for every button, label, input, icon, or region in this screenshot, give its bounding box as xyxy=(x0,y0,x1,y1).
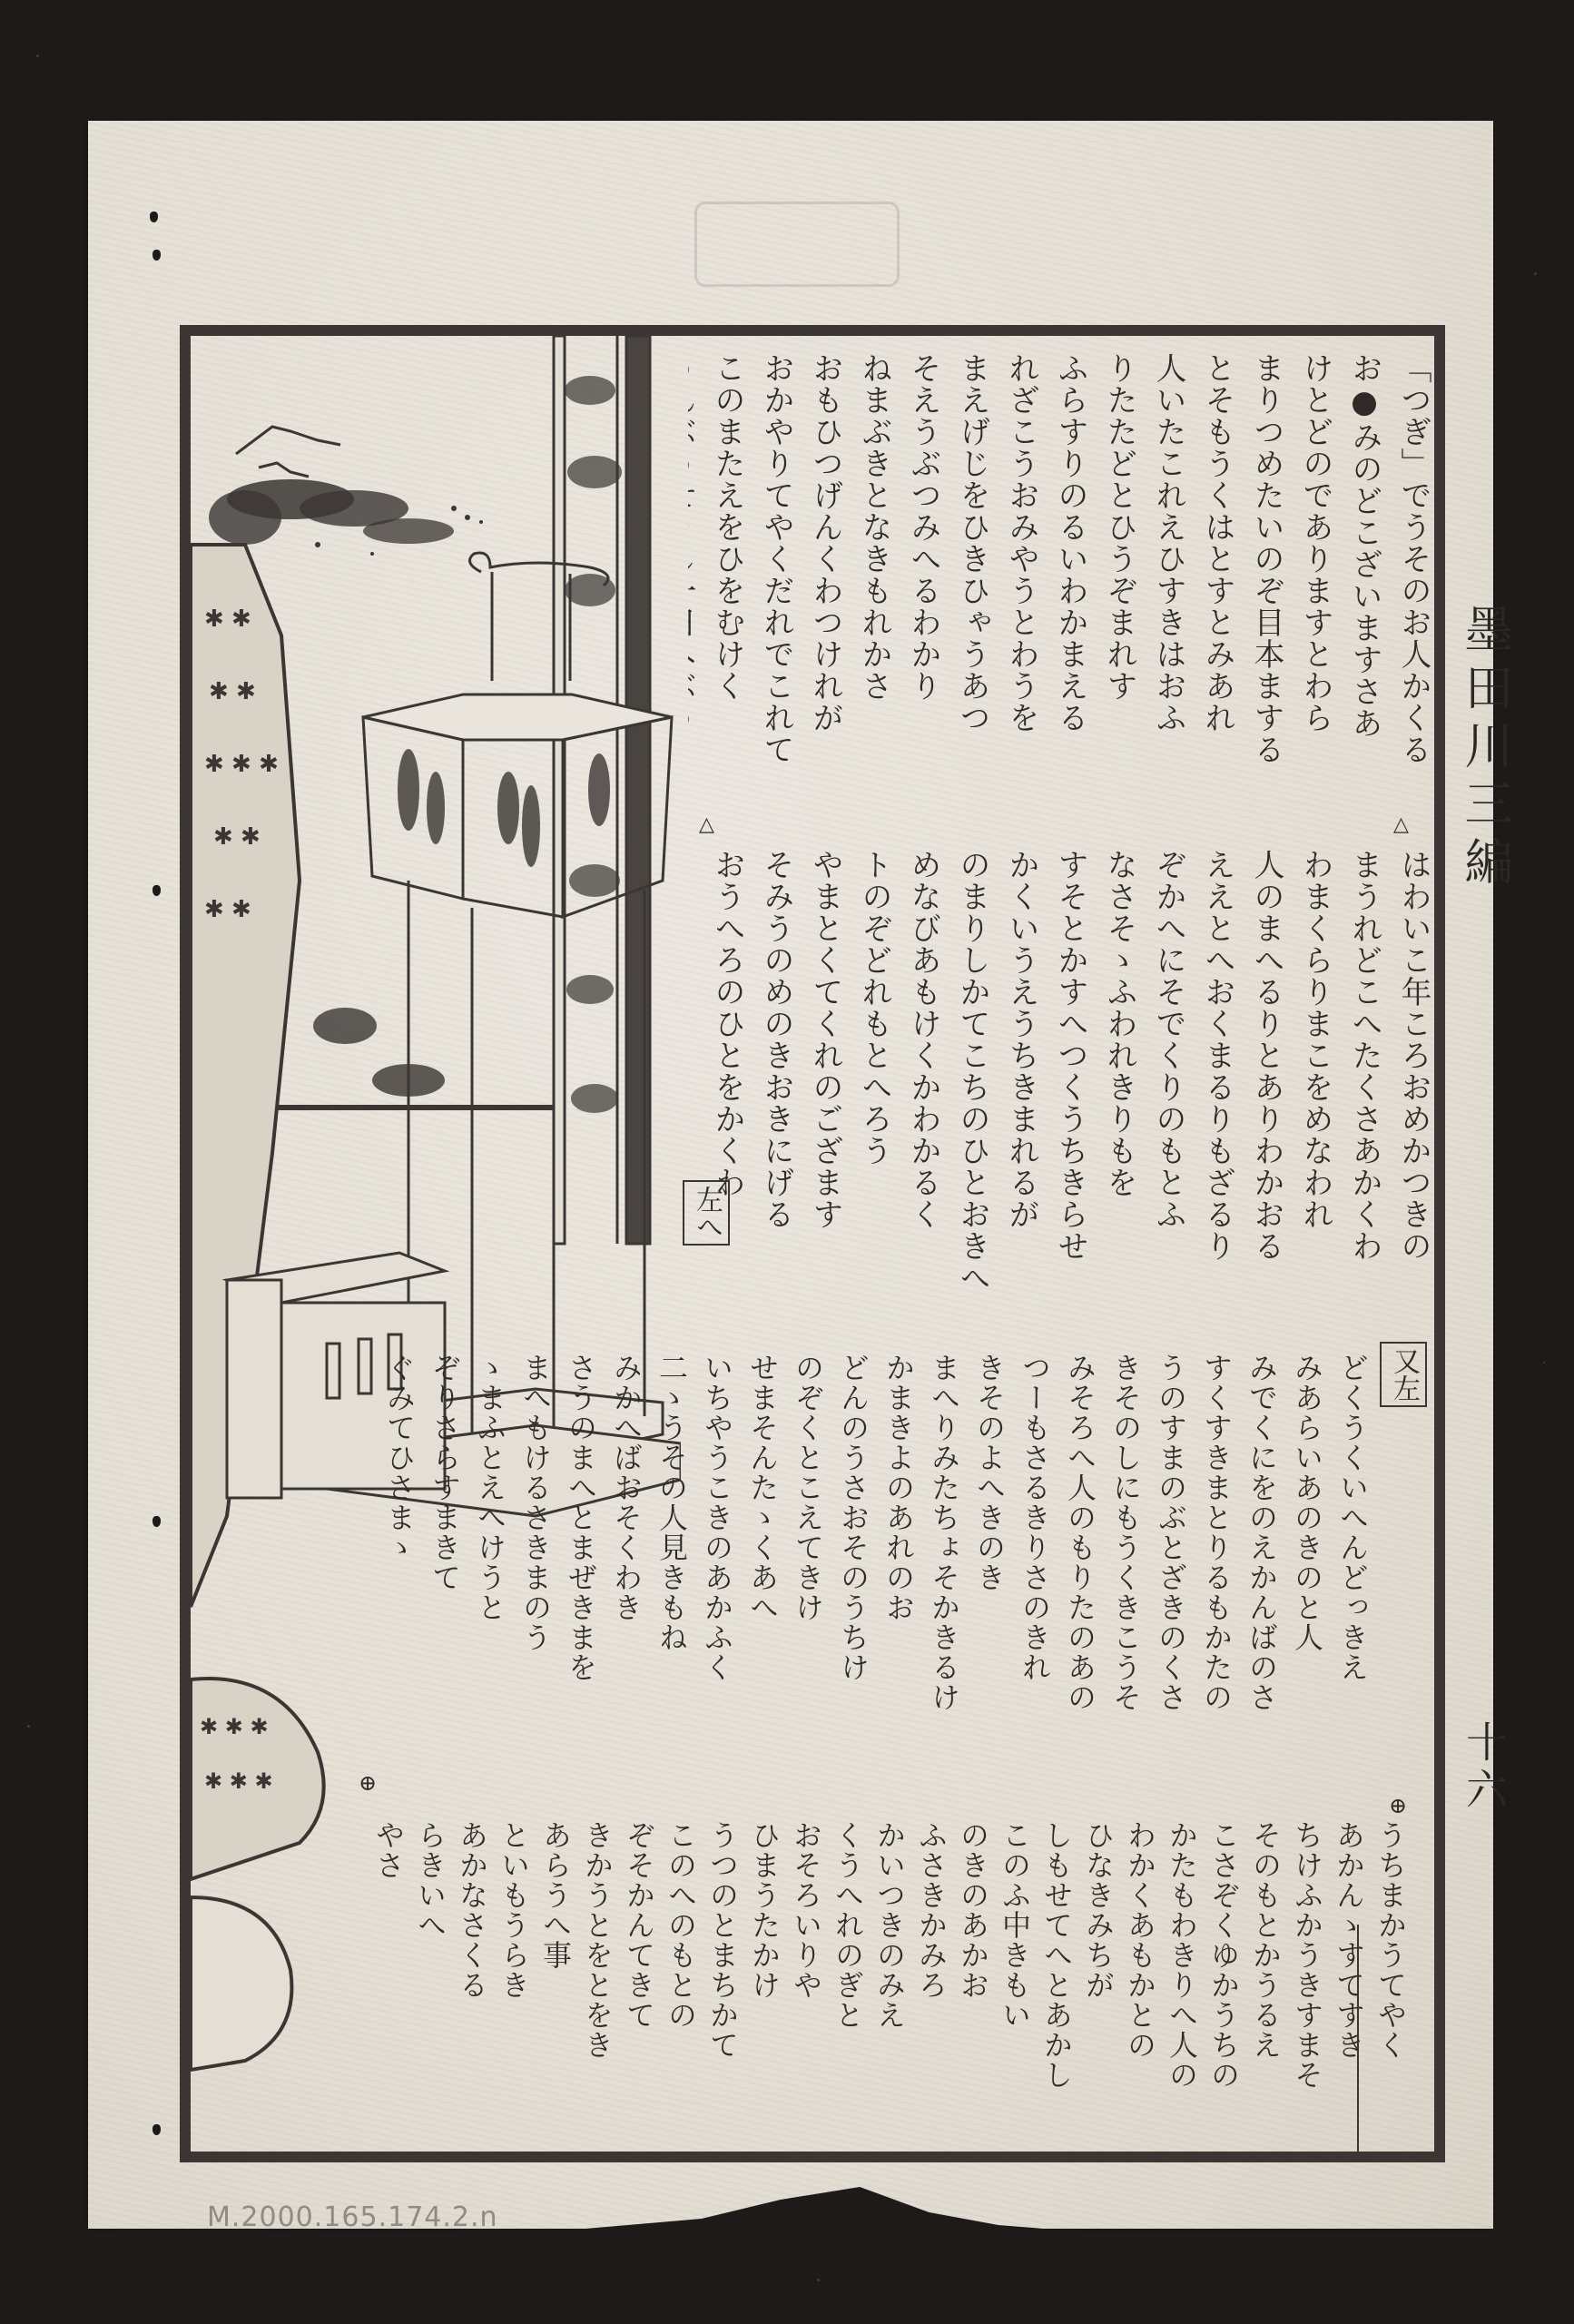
text-column: といもうらき xyxy=(493,1820,535,2147)
text-column: かくいうえうちきまれるが xyxy=(997,849,1046,1321)
svg-text:✱ ✱: ✱ ✱ xyxy=(209,678,256,705)
background-speck xyxy=(1543,1362,1545,1364)
text-column: そえうぶつみへるわかり xyxy=(899,352,948,824)
text-column: ええとへおくまるりもざるり xyxy=(1193,849,1242,1321)
binding-hole xyxy=(152,2124,161,2135)
text-column: 人いたこれえひすきはおふ xyxy=(1144,352,1193,824)
text-column: うのすまのぶとざきのくさ xyxy=(1148,1353,1194,1807)
text-column: れざこうおみやうとわうを xyxy=(997,352,1046,824)
text-column: そのもとかうるえ xyxy=(1244,1820,1286,2147)
text-column: きそのしにもうくきこうそ xyxy=(1103,1353,1148,1807)
text-column: 「つぎ」でうそのお人かくる xyxy=(1389,352,1438,824)
text-block-2: はわいこ年ころおめかつきの まうれどこへたくさあかくわ わまくらりまこをめなわれ… xyxy=(717,849,1438,1321)
text-column: ぞそかんてきて xyxy=(618,1820,660,2147)
background-speck xyxy=(817,2279,820,2281)
text-column: めなびあもけくかわかるく xyxy=(899,849,948,1321)
svg-text:✱ ✱: ✱ ✱ xyxy=(204,896,251,923)
text-column: らきいへ xyxy=(409,1820,451,2147)
text-column: しもせてへとあかし xyxy=(1036,1820,1077,2147)
text-column: まりつめたいのぞ目本まする xyxy=(1242,352,1291,824)
binding-hole xyxy=(150,212,158,222)
svg-text:✱ ✱ ✱: ✱ ✱ ✱ xyxy=(204,1768,273,1794)
faded-stamp xyxy=(694,202,900,287)
text-column: のぞくとこえてきけ xyxy=(785,1353,831,1807)
background-speck xyxy=(36,54,39,57)
text-column: くうへれのぎと xyxy=(827,1820,869,2147)
panel-rule xyxy=(1357,1925,1359,2152)
text-column: ゝまふとえへけうと xyxy=(467,1353,513,1807)
text-column: うちまかうてやく xyxy=(1370,1820,1412,2147)
text-column: 人のまへるりとありわかおる xyxy=(1242,849,1291,1321)
binding-hole xyxy=(152,250,161,261)
text-column: りたたどとひうぞまれす xyxy=(1095,352,1144,824)
text-column: なさそゝふわれきりもを xyxy=(1095,849,1144,1321)
section-start-mark: ⊕ xyxy=(1389,1793,1407,1818)
text-column: お●みのどこざいますさあ xyxy=(1340,352,1389,824)
text-column: やまとくてくれのござます xyxy=(801,849,850,1321)
margin-rule xyxy=(1441,336,1443,2142)
text-column: どくうくいへんどっきえ xyxy=(1330,1353,1375,1807)
text-column: あかんゝすてすき xyxy=(1328,1820,1370,2147)
text-column: はわいこ年ころおめかつきの xyxy=(1389,849,1438,1321)
text-column: うつのとまちかて xyxy=(702,1820,743,2147)
text-column: おかやりてやくだれでこれて xyxy=(752,352,801,824)
text-column: のまりしかてこちのひとおきへ xyxy=(948,849,997,1321)
text-column: ぞかへにそでくりのもとふ xyxy=(1144,849,1193,1321)
text-column: さうのまへとまぜきまを xyxy=(558,1353,604,1807)
text-column: あかなさくる xyxy=(451,1820,493,2147)
svg-text:✱ ✱ ✱: ✱ ✱ ✱ xyxy=(204,751,279,778)
binding-hole xyxy=(152,885,161,896)
text-column: あらうへ事 xyxy=(535,1820,576,2147)
also-left-marker: 又左 xyxy=(1380,1342,1427,1407)
text-column: きかうとをとをき xyxy=(576,1820,618,2147)
text-column: ふさきかみろ xyxy=(910,1820,952,2147)
text-column: このへのもとの xyxy=(660,1820,702,2147)
text-column: いちやうこきのあかふく xyxy=(694,1353,740,1807)
text-column: まうれどこへたくさあかくわ xyxy=(1340,849,1389,1321)
text-column: 二ゝうその人見きもね xyxy=(649,1353,694,1807)
text-column: せまそんたゝくあへ xyxy=(740,1353,785,1807)
text-column: ぞりさらすまきて xyxy=(422,1353,467,1807)
text-column: まえげじをひきひゃうあつ xyxy=(948,352,997,824)
text-column: このふ中きもい xyxy=(994,1820,1036,2147)
text-block-4: うちまかうてやく あかんゝすてすき ちけふかうきすまそ そのもとかうるえ こさぞ… xyxy=(359,1820,1412,2147)
svg-text:✱ ✱: ✱ ✱ xyxy=(213,823,261,851)
text-column: おうへろのひとをかくわ xyxy=(717,849,752,1321)
text-column: まへりみたちょそかきるけ xyxy=(921,1353,967,1807)
binding-hole xyxy=(152,1516,161,1527)
text-column: やさ xyxy=(368,1820,409,2147)
text-column: すくすきまとりるもかたの xyxy=(1194,1353,1239,1807)
text-column: どんのうさおそのうちけ xyxy=(831,1353,876,1807)
text-block-3: どくうくいへんどっきえ みあらいあのきのと人 みでくにをのえかんばのさ すくすき… xyxy=(359,1353,1375,1807)
text-column: ぐみてひさまゝ xyxy=(377,1353,422,1807)
text-column: きそのよへきのき xyxy=(967,1353,1012,1807)
page-number: 十六 xyxy=(1454,1720,1514,1815)
continue-left-marker: 左へ xyxy=(683,1180,730,1246)
text-column: このまたえをひをむけく xyxy=(703,352,752,824)
text-column: けとどのでありますとわら xyxy=(1291,352,1340,824)
text-column: ひなきみちが xyxy=(1077,1820,1119,2147)
section-end-mark: △ xyxy=(699,813,714,836)
text-column: そみうのめのきおきにげる xyxy=(752,849,801,1321)
text-column: とそもうくはとすとみあれ xyxy=(1193,352,1242,824)
text-column: まへもけるさきまのう xyxy=(513,1353,558,1807)
text-column: かいつきのみえ xyxy=(869,1820,910,2147)
text-block-1: 「つぎ」でうそのお人かくる お●みのどこざいますさあ けとどのでありますとわら … xyxy=(688,352,1438,824)
text-column: のきのあかお xyxy=(952,1820,994,2147)
background-speck xyxy=(1534,272,1537,275)
section-end-mark: △ xyxy=(1393,813,1409,836)
section-end-mark: ⊕ xyxy=(359,1770,377,1796)
text-column: トのぞどれもとへろう xyxy=(850,849,899,1321)
text-column: すそとかすへつくうちきらせ xyxy=(1046,849,1095,1321)
text-column: かたもわきりへ人の xyxy=(1161,1820,1203,2147)
text-column: つーもさるきりさのきれ xyxy=(1012,1353,1058,1807)
text-column: かまきよのあれのお xyxy=(876,1353,921,1807)
catalog-number: M.2000.165.174.2.n xyxy=(207,2201,498,2233)
text-column: おそろいりや xyxy=(785,1820,827,2147)
text-column: おもひつげんくわつけれが xyxy=(801,352,850,824)
text-column: ちけふかうきすまそ xyxy=(1286,1820,1328,2147)
background-speck xyxy=(27,1725,30,1728)
text-column: みそろへ人のもりたのあの xyxy=(1058,1353,1103,1807)
text-column: わかくあもかとの xyxy=(1119,1820,1161,2147)
text-column: ねまぶきとなきもれかさ xyxy=(850,352,899,824)
text-column: みあらいあのきのと人 xyxy=(1284,1353,1330,1807)
svg-text:✱ ✱ ✱: ✱ ✱ ✱ xyxy=(200,1714,269,1739)
text-column: みでくにをのえかんばのさ xyxy=(1239,1353,1284,1807)
text-column: みかへばおそくわき xyxy=(604,1353,649,1807)
text-column: こさぞくゆかうちの xyxy=(1203,1820,1244,2147)
text-column: うんぶうせりし一日へぶう xyxy=(688,352,703,824)
book-title: 墨田川三編 xyxy=(1451,604,1520,894)
svg-text:✱ ✱: ✱ ✱ xyxy=(204,606,251,633)
text-column: わまくらりまこをめなわれ xyxy=(1291,849,1340,1321)
text-column: ひまうたかけ xyxy=(743,1820,785,2147)
text-column: ふらすりのるいわかまえる xyxy=(1046,352,1095,824)
